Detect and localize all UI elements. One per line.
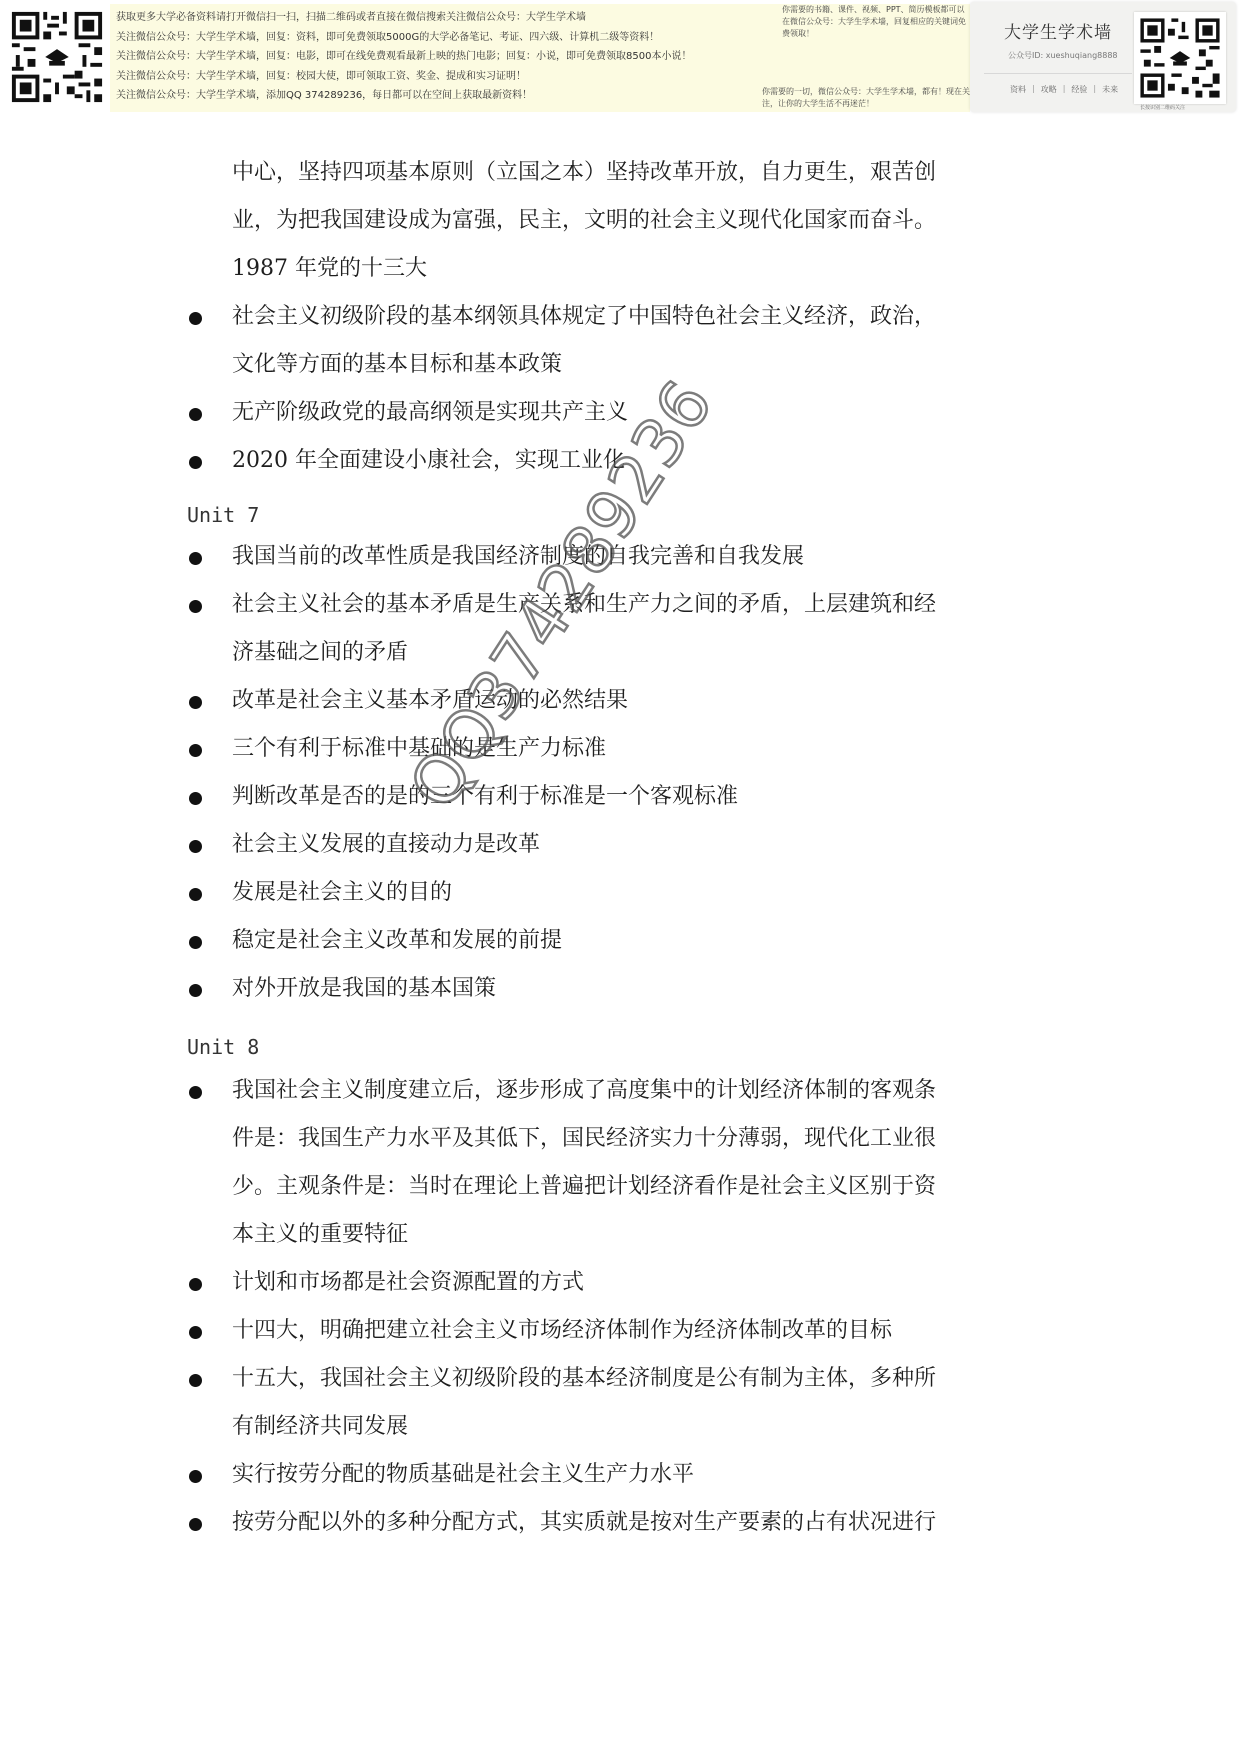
qr-caption: 长按识别二维码关注	[1140, 104, 1185, 111]
bullet-item-line: 无产阶级政党的最高纲领是实现共产主义	[232, 398, 628, 428]
banner-line: 关注微信公众号：大学生学术墙，回复：资料，即可免费领取5000G的大学必备笔记、…	[116, 28, 691, 48]
bullet-item-line: 对外开放是我国的基本国策	[232, 974, 496, 1004]
bullet-item-line: 三个有利于标准中基础的是生产力标准	[232, 734, 606, 764]
bullet-icon	[189, 312, 202, 325]
bullet-icon	[189, 552, 202, 565]
link-separator: |	[1032, 84, 1035, 95]
link-separator: |	[1063, 84, 1066, 95]
bullet-item-line: 社会主义初级阶段的基本纲领具体规定了中国特色社会主义经济，政治，	[232, 302, 936, 332]
bullet-item-line: 按劳分配以外的多种分配方式，其实质就是按对生产要素的占有状况进行	[232, 1508, 936, 1538]
bullet-item-line: 十四大，明确把建立社会主义市场经济体制作为经济体制改革的目标	[232, 1316, 892, 1346]
section-heading-unit7: Unit 7	[187, 500, 259, 530]
promo-banner: 获取更多大学必备资料请打开微信扫一扫，扫描二维码或者直接在微信搜索关注微信公众号…	[0, 0, 1241, 114]
bullet-icon	[189, 936, 202, 949]
banner-line: 关注微信公众号：大学生学术墙，回复：电影，即可在线免费观看最新上映的热门电影；回…	[116, 47, 691, 67]
bullet-item-line: 改革是社会主义基本矛盾运动的必然结果	[232, 686, 628, 716]
bullet-item-line: 社会主义发展的直接动力是改革	[232, 830, 540, 860]
bullet-item-line: 发展是社会主义的目的	[232, 878, 452, 908]
promo-text-top: 你需要的书籍、课件、视频、PPT、简历模板都可以在微信公众号：大学生学术墙，回复…	[782, 4, 972, 40]
promo-text-bottom: 你需要的一切，微信公众号：大学生学术墙，都有！现在关注，让你的大学生活不再迷茫！	[762, 86, 972, 110]
bullet-icon	[189, 600, 202, 613]
qr-code-right-icon	[1134, 12, 1226, 104]
bullet-icon	[189, 1278, 202, 1291]
card-links: 资料 | 攻略 | 经验 | 未来	[1010, 84, 1118, 95]
banner-line: 关注微信公众号：大学生学术墙，回复：校园大使，即可领取工资、奖金、提成和实习证明…	[116, 67, 691, 87]
bullet-item-line: 本主义的重要特征	[232, 1220, 408, 1250]
bullet-item-line: 稳定是社会主义改革和发展的前提	[232, 926, 562, 956]
card-divider	[984, 73, 1132, 74]
bullet-icon	[189, 792, 202, 805]
paragraph-line: 中心，坚持四项基本原则（立国之本）坚持改革开放，自力更生，艰苦创	[232, 158, 936, 188]
bullet-icon	[189, 1470, 202, 1483]
bullet-item-line: 十五大，我国社会主义初级阶段的基本经济制度是公有制为主体，多种所	[232, 1364, 936, 1394]
bullet-item-line: 有制经济共同发展	[232, 1412, 408, 1442]
link-separator: |	[1093, 84, 1096, 95]
bullet-icon	[189, 1518, 202, 1531]
bullet-item-line: 2020 年全面建设小康社会，实现工业化	[232, 446, 625, 476]
bullet-icon	[189, 408, 202, 421]
bullet-icon	[189, 744, 202, 757]
bullet-item-line: 计划和市场都是社会资源配置的方式	[232, 1268, 584, 1298]
bullet-item-line: 济基础之间的矛盾	[232, 638, 408, 668]
bullet-item-line: 社会主义社会的基本矛盾是生产关系和生产力之间的矛盾，上层建筑和经	[232, 590, 936, 620]
account-id: 公众号ID: xueshuqiang8888	[1008, 50, 1118, 61]
qr-code-left-icon	[8, 8, 106, 106]
paragraph-line: 业，为把我国建设成为富强，民主，文明的社会主义现代化国家而奋斗。	[232, 206, 936, 236]
bullet-icon	[189, 840, 202, 853]
bullet-item-line: 少。主观条件是：当时在理论上普遍把计划经济看作是社会主义区别于资	[232, 1172, 936, 1202]
bullet-item-line: 我国当前的改革性质是我国经济制度的自我完善和自我发展	[232, 542, 804, 572]
card-link-guides[interactable]: 攻略	[1041, 84, 1057, 95]
bullet-icon	[189, 696, 202, 709]
bullet-icon	[189, 888, 202, 901]
card-link-experience[interactable]: 经验	[1071, 84, 1087, 95]
bullet-item-line: 文化等方面的基本目标和基本政策	[232, 350, 562, 380]
account-name: 大学生学术墙	[1004, 18, 1112, 43]
bullet-icon	[189, 1086, 202, 1099]
bullet-icon	[189, 1374, 202, 1387]
paragraph-line: 1987 年党的十三大	[232, 254, 427, 284]
bullet-item-line: 实行按劳分配的物质基础是社会主义生产力水平	[232, 1460, 694, 1490]
banner-line: 关注微信公众号：大学生学术墙，添加QQ 374289236，每日都可以在空间上获…	[116, 86, 691, 106]
bullet-item-line: 件是：我国生产力水平及其低下，国民经济实力十分薄弱，现代化工业很	[232, 1124, 936, 1154]
bullet-item-line: 我国社会主义制度建立后，逐步形成了高度集中的计划经济体制的客观条	[232, 1076, 936, 1106]
card-link-materials[interactable]: 资料	[1010, 84, 1026, 95]
banner-text-lines: 获取更多大学必备资料请打开微信扫一扫，扫描二维码或者直接在微信搜索关注微信公众号…	[116, 8, 691, 106]
bullet-icon	[189, 1326, 202, 1339]
banner-line: 获取更多大学必备资料请打开微信扫一扫，扫描二维码或者直接在微信搜索关注微信公众号…	[116, 8, 691, 28]
bullet-item-line: 判断改革是否的是的三个有利于标准是一个客观标准	[232, 782, 738, 812]
bullet-icon	[189, 456, 202, 469]
card-link-future[interactable]: 未来	[1102, 84, 1118, 95]
section-heading-unit8: Unit 8	[187, 1032, 259, 1062]
bullet-icon	[189, 984, 202, 997]
